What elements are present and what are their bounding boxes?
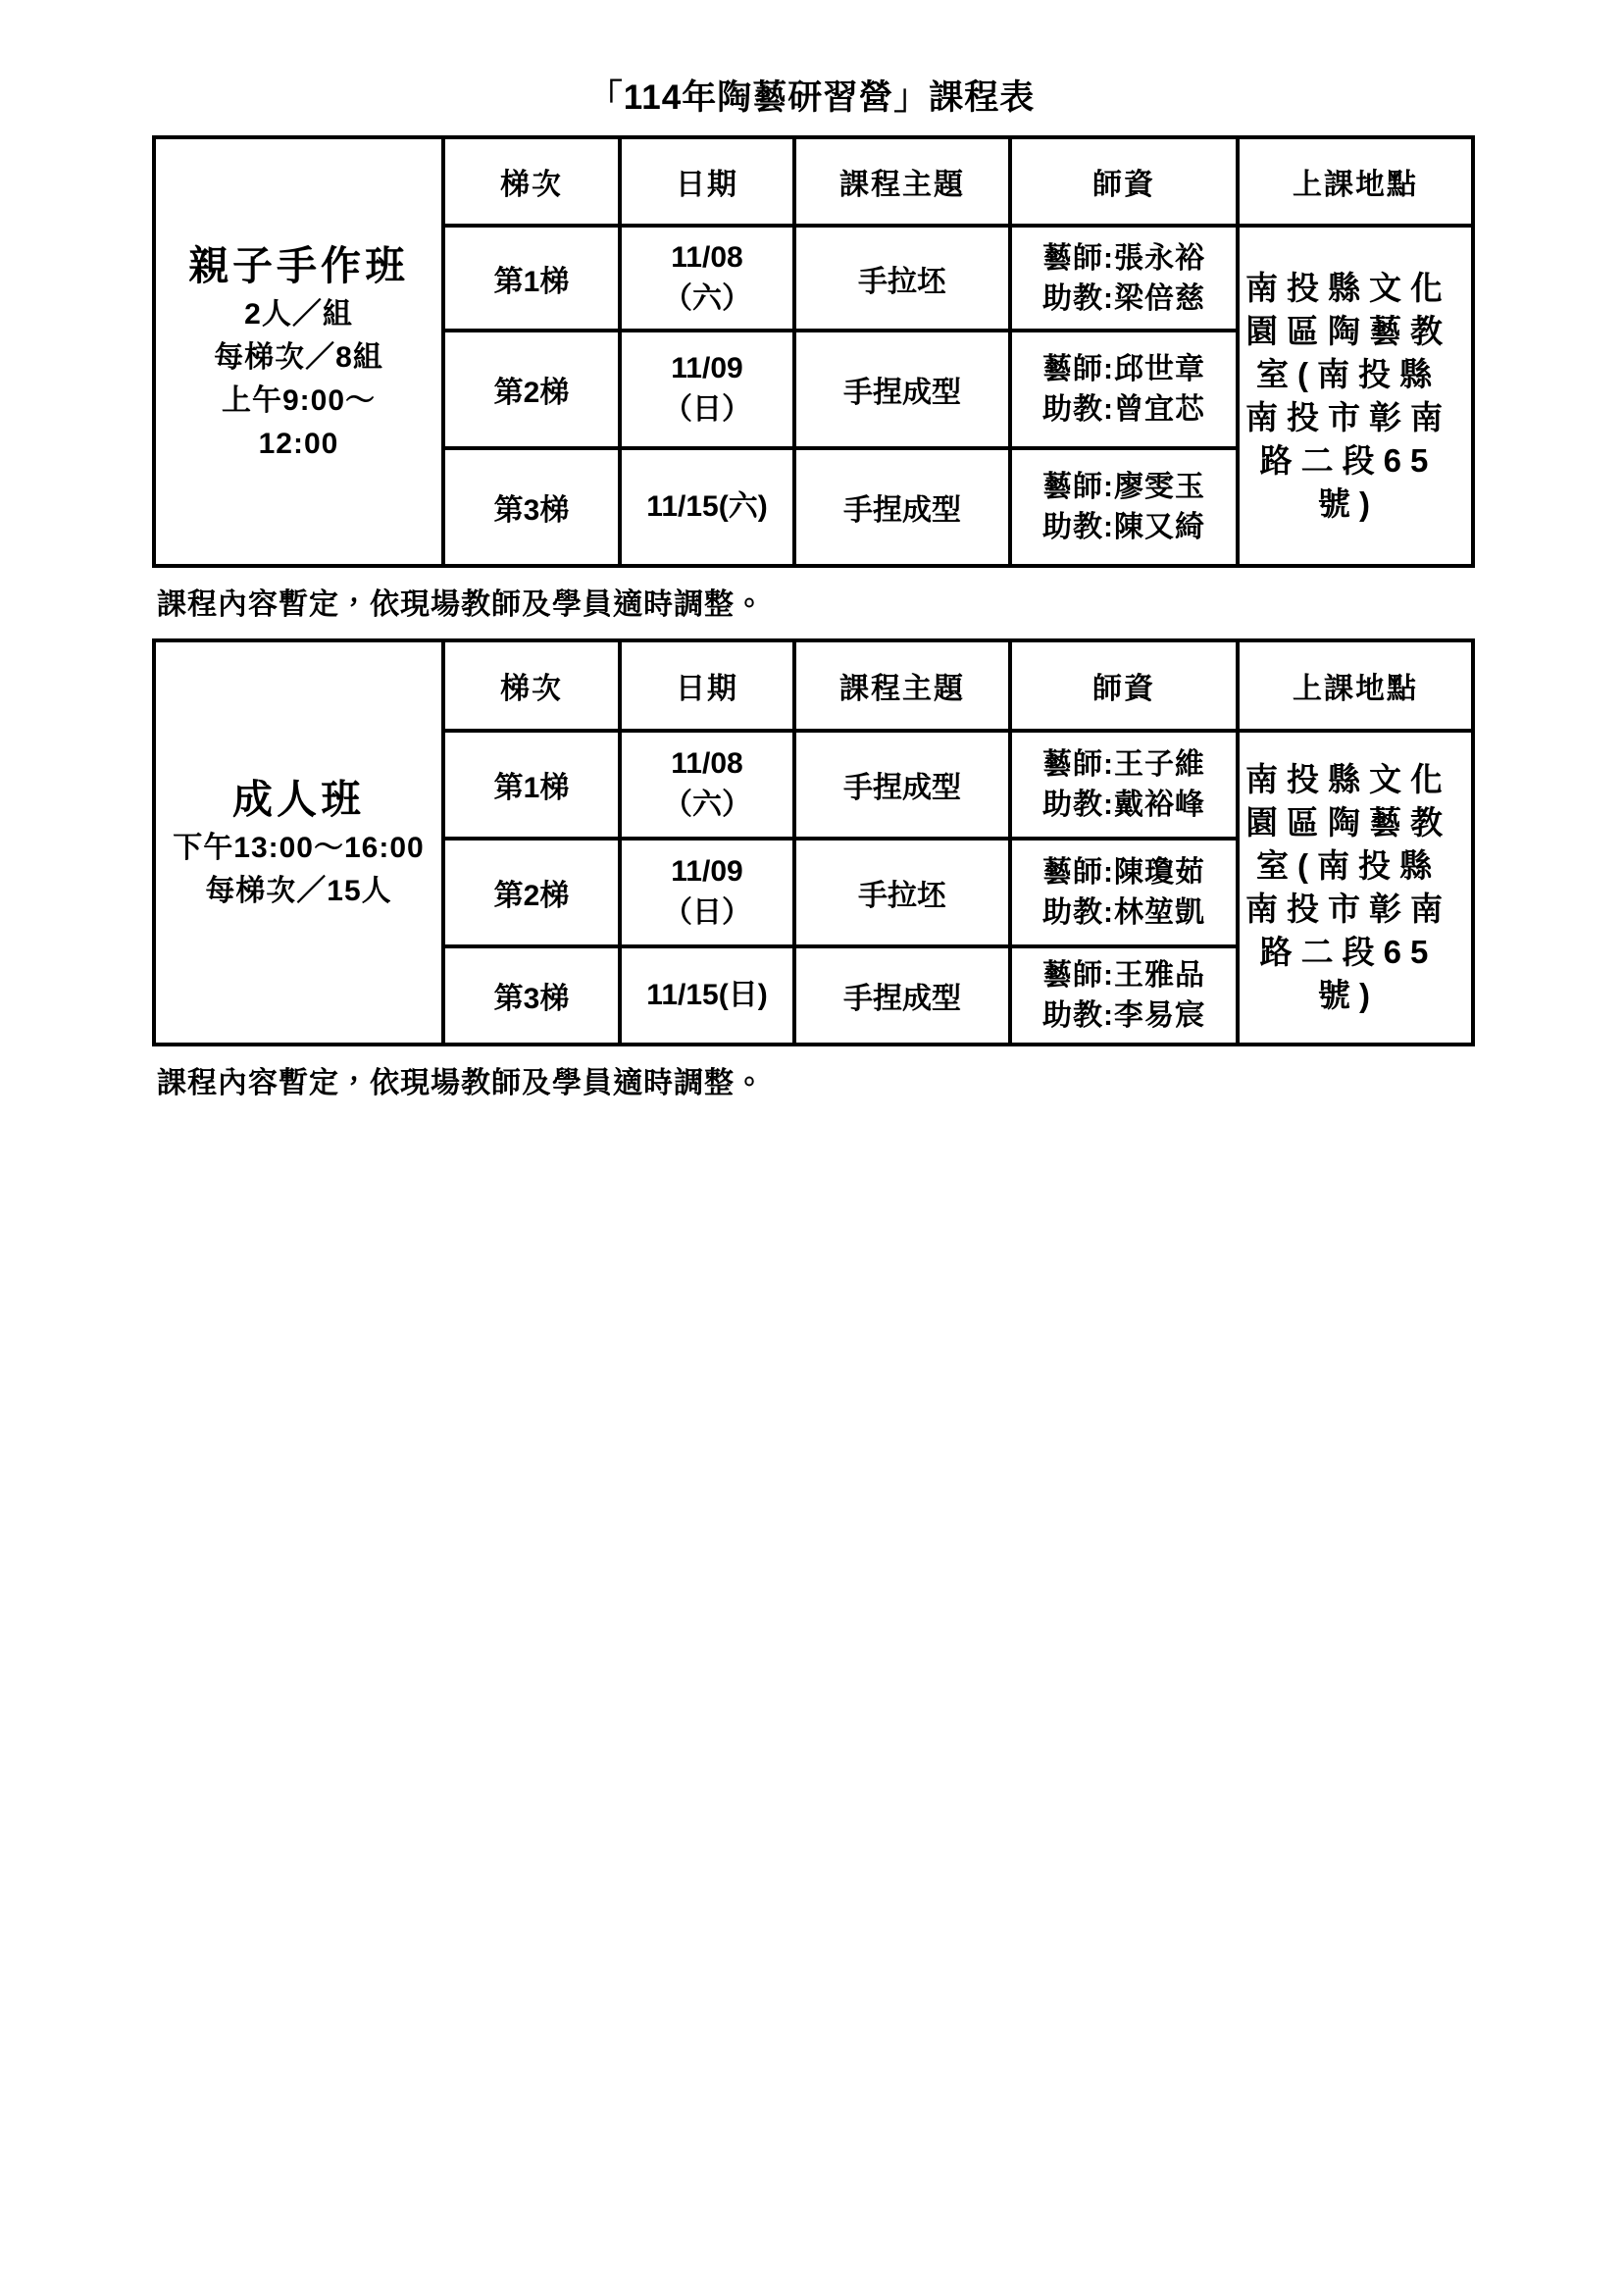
class-info-cell: 親子手作班 2人／組 每梯次／8組 上午9:00～ 12:00 xyxy=(154,137,443,566)
col-header-batch: 梯次 xyxy=(443,137,620,226)
batch-cell: 第1梯 xyxy=(443,226,620,331)
col-header-topic: 課程主題 xyxy=(794,137,1010,226)
class-detail: 每梯次／8組 xyxy=(156,336,441,380)
class-detail: 下午13:00～16:00 xyxy=(156,827,441,870)
teacher-cell: 藝師:王子維 助教:戴裕峰 xyxy=(1010,731,1238,839)
topic-cell: 手拉坯 xyxy=(794,839,1010,946)
date-cell: 11/15(日) xyxy=(620,946,794,1045)
table-row: 親子手作班 2人／組 每梯次／8組 上午9:00～ 12:00 梯次 日期 課程… xyxy=(154,137,1473,226)
topic-cell: 手捏成型 xyxy=(794,731,1010,839)
class-name: 成人班 xyxy=(156,772,441,827)
location-text: 南投縣文化園區陶藝教室(南投縣南投市彰南路二段65號) xyxy=(1240,758,1457,1017)
batch-cell: 第1梯 xyxy=(443,731,620,839)
teacher-line: 藝師:王雅品 xyxy=(1012,955,1236,995)
date-cell: 11/09 （日） xyxy=(620,331,794,448)
topic-cell: 手捏成型 xyxy=(794,946,1010,1045)
schedule-note: 課程內容暫定，依現場教師及學員適時調整。 xyxy=(152,580,1471,623)
class-detail: 上午9:00～ xyxy=(156,380,441,423)
class-detail: 12:00 xyxy=(156,423,441,466)
schedule-note: 課程內容暫定，依現場教師及學員適時調整。 xyxy=(152,1058,1471,1101)
col-header-teacher: 師資 xyxy=(1010,137,1238,226)
assistant-line: 助教:戴裕峰 xyxy=(1012,785,1236,825)
topic-cell: 手拉坯 xyxy=(794,226,1010,331)
teacher-line: 藝師:陳瓊茹 xyxy=(1012,852,1236,892)
class-detail: 每梯次／15人 xyxy=(156,870,441,913)
location-cell: 南投縣文化園區陶藝教室(南投縣南投市彰南路二段65號) xyxy=(1238,226,1473,566)
assistant-line: 助教:曾宜芯 xyxy=(1012,389,1236,430)
teacher-cell: 藝師:陳瓊茹 助教:林堃凱 xyxy=(1010,839,1238,946)
batch-cell: 第3梯 xyxy=(443,946,620,1045)
adult-class-table: 成人班 下午13:00～16:00 每梯次／15人 梯次 日期 課程主題 師資 … xyxy=(152,638,1475,1046)
teacher-cell: 藝師:王雅品 助教:李易宸 xyxy=(1010,946,1238,1045)
col-header-location: 上課地點 xyxy=(1238,640,1473,731)
col-header-date: 日期 xyxy=(620,640,794,731)
parent-child-class-table: 親子手作班 2人／組 每梯次／8組 上午9:00～ 12:00 梯次 日期 課程… xyxy=(152,135,1475,568)
teacher-cell: 藝師:邱世章 助教:曾宜芯 xyxy=(1010,331,1238,448)
assistant-line: 助教:李易宸 xyxy=(1012,995,1236,1036)
document-page: 「114年陶藝研習營」課程表 親子手作班 2人／組 每梯次／8組 上午9:00～… xyxy=(0,0,1624,2294)
date-cell: 11/08 （六） xyxy=(620,731,794,839)
date-cell: 11/09 （日） xyxy=(620,839,794,946)
teacher-cell: 藝師:廖雯玉 助教:陳又綺 xyxy=(1010,448,1238,566)
batch-cell: 第2梯 xyxy=(443,839,620,946)
col-header-location: 上課地點 xyxy=(1238,137,1473,226)
batch-cell: 第3梯 xyxy=(443,448,620,566)
assistant-line: 助教:陳又綺 xyxy=(1012,507,1236,547)
date-cell: 11/15(六) xyxy=(620,448,794,566)
col-header-date: 日期 xyxy=(620,137,794,226)
topic-cell: 手捏成型 xyxy=(794,448,1010,566)
col-header-topic: 課程主題 xyxy=(794,640,1010,731)
col-header-batch: 梯次 xyxy=(443,640,620,731)
assistant-line: 助教:林堃凱 xyxy=(1012,892,1236,933)
class-detail: 2人／組 xyxy=(156,293,441,336)
topic-cell: 手捏成型 xyxy=(794,331,1010,448)
class-name: 親子手作班 xyxy=(156,238,441,293)
teacher-cell: 藝師:張永裕 助教:梁倍慈 xyxy=(1010,226,1238,331)
table-row: 成人班 下午13:00～16:00 每梯次／15人 梯次 日期 課程主題 師資 … xyxy=(154,640,1473,731)
teacher-line: 藝師:邱世章 xyxy=(1012,349,1236,389)
assistant-line: 助教:梁倍慈 xyxy=(1012,279,1236,319)
teacher-line: 藝師:王子維 xyxy=(1012,744,1236,785)
teacher-line: 藝師:廖雯玉 xyxy=(1012,467,1236,507)
location-text: 南投縣文化園區陶藝教室(南投縣南投市彰南路二段65號) xyxy=(1240,267,1457,526)
page-title: 「114年陶藝研習營」課程表 xyxy=(152,0,1471,120)
class-info-cell: 成人班 下午13:00～16:00 每梯次／15人 xyxy=(154,640,443,1045)
date-cell: 11/08 （六） xyxy=(620,226,794,331)
col-header-teacher: 師資 xyxy=(1010,640,1238,731)
batch-cell: 第2梯 xyxy=(443,331,620,448)
teacher-line: 藝師:張永裕 xyxy=(1012,238,1236,279)
location-cell: 南投縣文化園區陶藝教室(南投縣南投市彰南路二段65號) xyxy=(1238,731,1473,1045)
